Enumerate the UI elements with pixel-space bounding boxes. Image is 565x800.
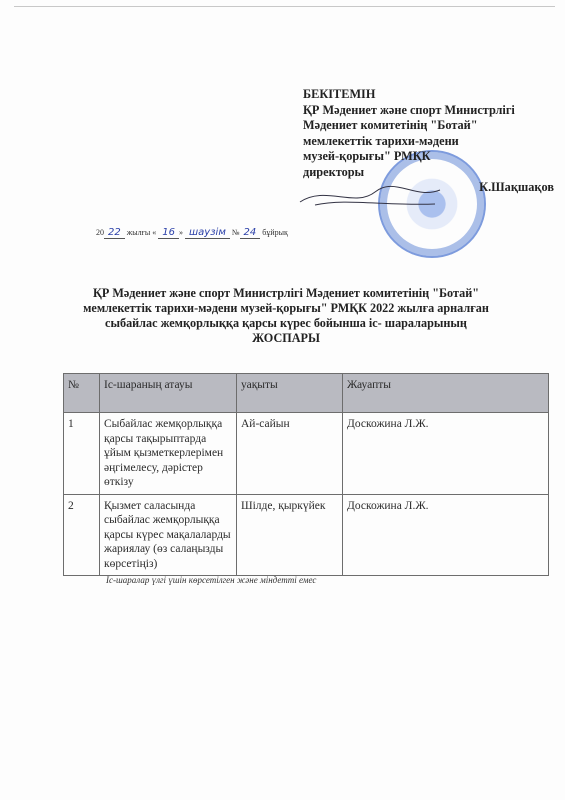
- approval-block: БЕКІТЕМІН ҚР Мәдениет және спорт Министр…: [303, 87, 558, 195]
- scan-edge-line: [14, 6, 555, 7]
- order-year-prefix: 20: [96, 228, 104, 237]
- cell-time: Ай-сайын: [237, 413, 343, 495]
- order-year-handwritten: 22: [104, 227, 125, 239]
- cell-time: Шілде, қыркүйек: [237, 494, 343, 576]
- header-activity: Іс-шараның атауы: [100, 374, 237, 413]
- header-time: уақыты: [237, 374, 343, 413]
- approval-line: ҚР Мәдениет және спорт Министрлігі: [303, 103, 558, 119]
- cell-number: 1: [64, 413, 100, 495]
- title-line: сыбайлас жемқорлыққа қарсы күрес бойынша…: [80, 316, 492, 331]
- approval-line: музей-қорығы" РМҚК: [303, 149, 558, 165]
- title-line: мемлекеттік тарихи-мәдени музей-қорығы" …: [80, 301, 492, 316]
- approval-line: директоры: [303, 165, 558, 181]
- order-month-handwritten: шаузім: [185, 227, 230, 239]
- cell-activity: Сыбайлас жемқорлыққа қарсы тақырыптарда …: [100, 413, 237, 495]
- order-number-label: №: [232, 228, 240, 237]
- order-type-label: бұйрық: [262, 228, 288, 237]
- approval-heading: БЕКІТЕМІН: [303, 87, 558, 103]
- footnote: Іс-шаралар үлгі үшін көрсетілген және мі…: [106, 575, 316, 585]
- table-row: 2 Қызмет саласында сыбайлас жемқорлыққа …: [64, 494, 549, 576]
- cell-activity: Қызмет саласында сыбайлас жемқорлыққа қа…: [100, 494, 237, 576]
- order-reference: 2022 жылғы « 16» шаузім №24 бұйрық: [96, 227, 288, 238]
- order-day-handwritten: 16: [158, 227, 179, 239]
- approval-line: Мәдениет комитетінің "Ботай": [303, 118, 558, 134]
- cell-responsible: Доскожина Л.Ж.: [343, 494, 549, 576]
- cell-responsible: Доскожина Л.Ж.: [343, 413, 549, 495]
- order-year-label: жылғы «: [127, 228, 157, 237]
- header-responsible: Жауапты: [343, 374, 549, 413]
- order-day-close: »: [179, 228, 183, 237]
- plan-table: № Іс-шараның атауы уақыты Жауапты 1 Сыба…: [63, 373, 549, 576]
- title-line: ҚР Мәдениет және спорт Министрлігі Мәден…: [80, 286, 492, 301]
- order-number-handwritten: 24: [240, 227, 261, 239]
- header-number: №: [64, 374, 100, 413]
- signer-name: К.Шақшақов: [303, 180, 558, 196]
- approval-line: мемлекеттік тарихи-мәдени: [303, 134, 558, 150]
- cell-number: 2: [64, 494, 100, 576]
- table-header-row: № Іс-шараның атауы уақыты Жауапты: [64, 374, 549, 413]
- title-line: ЖОСПАРЫ: [80, 331, 492, 346]
- document-title: ҚР Мәдениет және спорт Министрлігі Мәден…: [80, 286, 492, 346]
- table-row: 1 Сыбайлас жемқорлыққа қарсы тақырыптард…: [64, 413, 549, 495]
